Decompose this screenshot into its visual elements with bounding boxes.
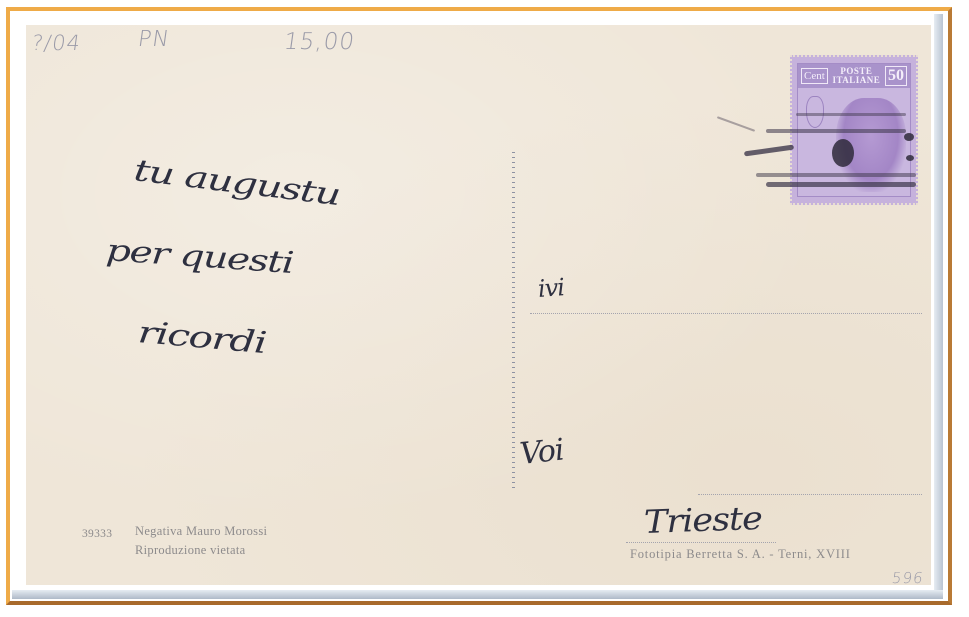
address-line-3 bbox=[626, 542, 776, 543]
stamp-value: 50 bbox=[885, 66, 907, 86]
pencil-code: PN bbox=[136, 27, 171, 52]
address-line-1 bbox=[530, 313, 922, 314]
stamp-cent-label: Cent bbox=[801, 68, 828, 84]
handwritten-line-3: ricordi bbox=[136, 315, 267, 361]
stamp-title: POSTE ITALIANE bbox=[832, 67, 880, 85]
stamp-header: Cent POSTE ITALIANE 50 bbox=[798, 64, 910, 88]
stamp-title-line-2: ITALIANE bbox=[832, 75, 880, 85]
mat-shadow-bottom bbox=[12, 590, 943, 599]
pencil-catalog-number: 596 bbox=[891, 569, 925, 587]
pencil-price: 15,00 bbox=[282, 29, 357, 55]
postcard: ?/04 PN 15,00 tu augustu per questi rico… bbox=[26, 25, 931, 585]
destination-city: Trieste bbox=[643, 499, 762, 541]
address-mark-upper: ivi bbox=[537, 273, 565, 303]
negative-number: 39333 bbox=[82, 525, 112, 544]
handwritten-line-2: per questi bbox=[105, 233, 294, 281]
publisher-credit: Fototipia Berretta S. A. - Terni, XVIII bbox=[630, 545, 851, 564]
pencil-reference: ?/04 bbox=[30, 31, 82, 55]
card-divider-line bbox=[510, 150, 518, 490]
handwritten-line-1: tu augustu bbox=[132, 153, 342, 213]
photographer-credit: Negativa Mauro Morossi bbox=[135, 522, 267, 541]
address-line-2 bbox=[698, 494, 922, 495]
mat-shadow-right bbox=[934, 14, 943, 599]
reproduction-notice: Riproduzione vietata bbox=[135, 541, 245, 560]
address-mark-lower: Voi bbox=[518, 433, 565, 472]
stamp-crest-icon bbox=[806, 96, 824, 128]
